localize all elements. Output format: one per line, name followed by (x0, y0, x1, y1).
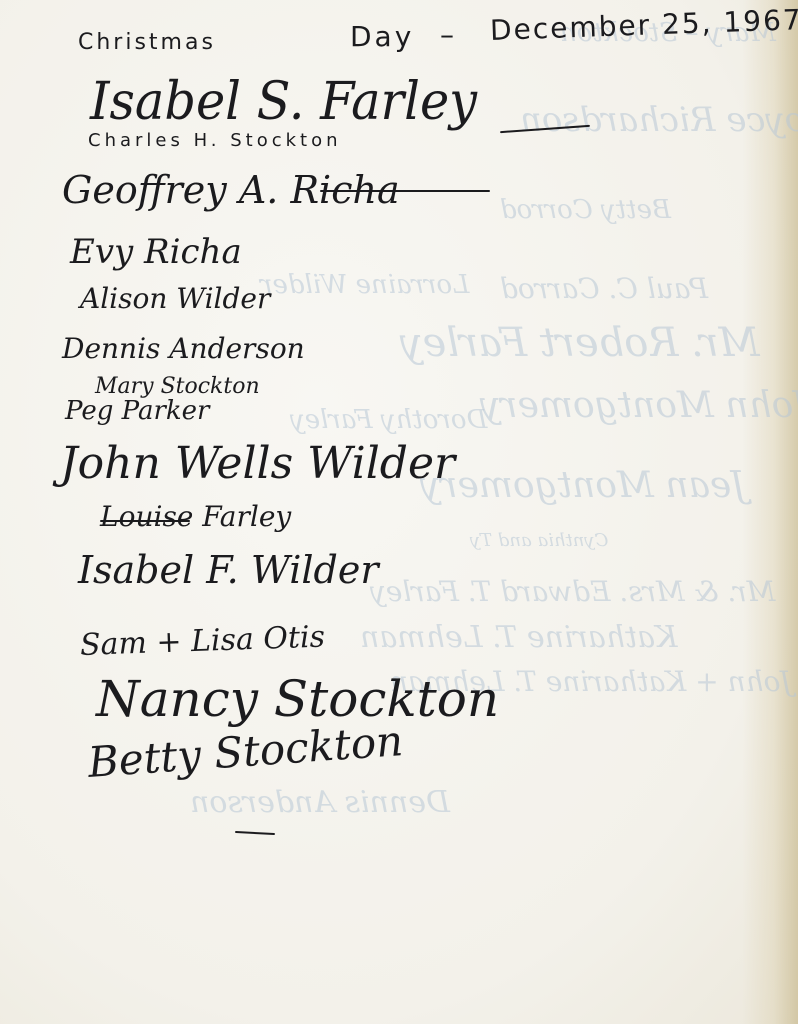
bleed-text: Dennis Anderson (190, 785, 450, 820)
bleed-text: Paul C. Carrod (500, 272, 708, 305)
signature: Charles H. Stockton (88, 130, 342, 151)
signature-flourish (100, 520, 190, 522)
bleed-text: Lorraine Wilder (260, 270, 469, 300)
bleed-text: Jean Montgomery (420, 465, 746, 506)
bleed-text: Mr. & Mrs. Edward T. Farley (370, 575, 775, 608)
heading-dash: – (440, 18, 457, 51)
bleed-text: Betty Corrod (500, 195, 671, 225)
signature-flourish (320, 190, 490, 192)
heading-day: Day (350, 20, 414, 53)
signature: John Wells Wilder (60, 438, 455, 489)
signature: Sam + Lisa Otis (79, 619, 325, 663)
bleed-text: Mr. Robert Farley (400, 320, 760, 366)
signature: Dennis Anderson (62, 332, 305, 365)
bleed-text: Cynthia and Ty (470, 530, 608, 551)
signature: Louise Farley (100, 500, 291, 533)
signature-flourish (235, 831, 275, 835)
signature: Isabel S. Farley (90, 72, 477, 132)
signature: Peg Parker (65, 396, 209, 426)
signature: Isabel F. Wilder (78, 548, 379, 592)
bleed-text: Dorothy Farley (290, 405, 487, 435)
guestbook-page: Mary – Stockton Joyce Richardson Betty C… (0, 0, 798, 1024)
bleed-text: Joyce Richardson (520, 100, 798, 140)
heading-occasion: Christmas (78, 30, 216, 55)
signature: Nancy Stockton (96, 670, 499, 728)
bleed-text: John Montgomery (480, 385, 798, 426)
signature: Evy Richa (70, 232, 242, 272)
signature: Alison Wilder (80, 282, 270, 315)
bleed-text: Katharine T. Lehman (360, 620, 677, 655)
